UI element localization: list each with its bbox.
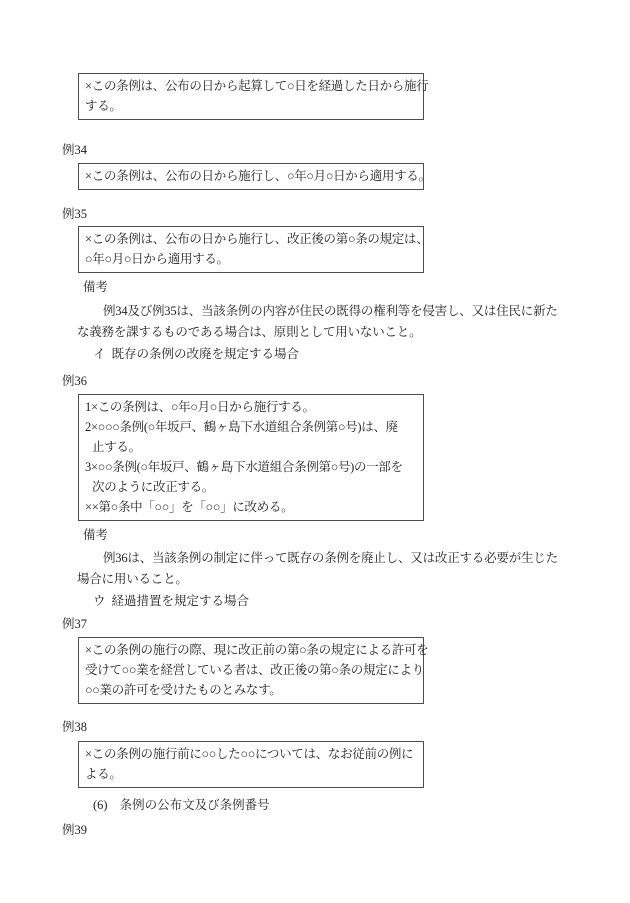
box-line: ○年○月○日から適用する。 (85, 249, 417, 269)
subitem-u-marker: ウ (93, 591, 106, 611)
remarks-paragraph: 例36は、当該条例の制定に伴って既存の条例を廃止し、又は改正する必要が生じた 場… (0, 548, 630, 590)
box-line: ××第○条中「○○」を「○○」に改める。 (85, 497, 417, 517)
example-35-label: 例35 (62, 204, 630, 224)
remarks-heading: 備考 (83, 277, 630, 297)
section-6-number: (6) (93, 795, 108, 815)
box-line: 2×○○○条例(○年坂戸、鶴ヶ島下水道組合条例第○号)は、廃 (85, 417, 417, 437)
box-line: よる。 (85, 764, 417, 784)
remarks-line: 例36は、当該条例の制定に伴って既存の条例を廃止し、又は改正する必要が生じた (103, 548, 630, 569)
example-34-label: 例34 (62, 140, 630, 160)
box-line: ×この条例は、公布の日から施行し、○年○月○日から適用する。 (85, 166, 417, 186)
remarks-line: 場合に用いること。 (77, 569, 630, 590)
example-38-label: 例38 (62, 717, 630, 737)
box-line: する。 (85, 96, 417, 116)
box-line: ×この条例の施行前に○○した○○については、なお従前の例に (85, 744, 417, 764)
section-6-title: 条例の公布文及び条例番号 (120, 798, 270, 812)
remarks-heading: 備考 (83, 525, 630, 545)
box-line: 受けて○○業を経営している者は、改正後の第○条の規定により (85, 660, 417, 680)
box-line: 止する。 (85, 437, 417, 457)
remarks-line: な義務を課するものである場合は、原則として用いないこと。 (77, 322, 630, 343)
example-box-intro: ×この条例は、公布の日から起算して○日を経過した日から施行 する。 (78, 73, 424, 120)
example-box-37: ×この条例の施行の際、現に改正前の第○条の規定による許可を 受けて○○業を経営し… (78, 637, 424, 704)
example-box-38: ×この条例の施行前に○○した○○については、なお従前の例に よる。 (78, 741, 424, 788)
document-page: ×この条例は、公布の日から起算して○日を経過した日から施行 する。 例34 ×こ… (0, 0, 630, 903)
subitem-u-text: 経過措置を規定する場合 (112, 594, 250, 608)
subitem-u-heading: ウ経過措置を規定する場合 (93, 591, 630, 611)
box-line: 3×○○条例(○年坂戸、鶴ヶ島下水道組合条例第○号)の一部を (85, 457, 417, 477)
example-37-label: 例37 (62, 614, 630, 634)
box-line: 1×この条例は、○年○月○日から施行する。 (85, 397, 417, 417)
box-line: ×この条例の施行の際、現に改正前の第○条の規定による許可を (85, 640, 417, 660)
box-line: ×この条例は、公布の日から起算して○日を経過した日から施行 (85, 76, 417, 96)
remarks-paragraph: 例34及び例35は、当該条例の内容が住民の既得の権利等を侵害し、又は住民に新た … (0, 301, 630, 343)
example-box-35: ×この条例は、公布の日から施行し、改正後の第○条の規定は、 ○年○月○日から適用… (78, 226, 424, 273)
example-36-label: 例36 (62, 371, 630, 391)
box-line: 次のように改正する。 (85, 477, 417, 497)
example-box-34: ×この条例は、公布の日から施行し、○年○月○日から適用する。 (78, 163, 424, 190)
box-line: ×この条例は、公布の日から施行し、改正後の第○条の規定は、 (85, 229, 417, 249)
subitem-i-text: 既存の条例の改廃を規定する場合 (112, 347, 300, 361)
subitem-i-heading: イ既存の条例の改廃を規定する場合 (93, 344, 630, 364)
box-line: ○○業の許可を受けたものとみなす。 (85, 680, 417, 700)
section-6-heading: (6)条例の公布文及び条例番号 (93, 795, 630, 815)
subitem-i-marker: イ (93, 344, 106, 364)
remarks-line: 例34及び例35は、当該条例の内容が住民の既得の権利等を侵害し、又は住民に新た (103, 301, 630, 322)
example-39-label: 例39 (62, 820, 630, 840)
example-box-36: 1×この条例は、○年○月○日から施行する。 2×○○○条例(○年坂戸、鶴ヶ島下水… (78, 394, 424, 521)
